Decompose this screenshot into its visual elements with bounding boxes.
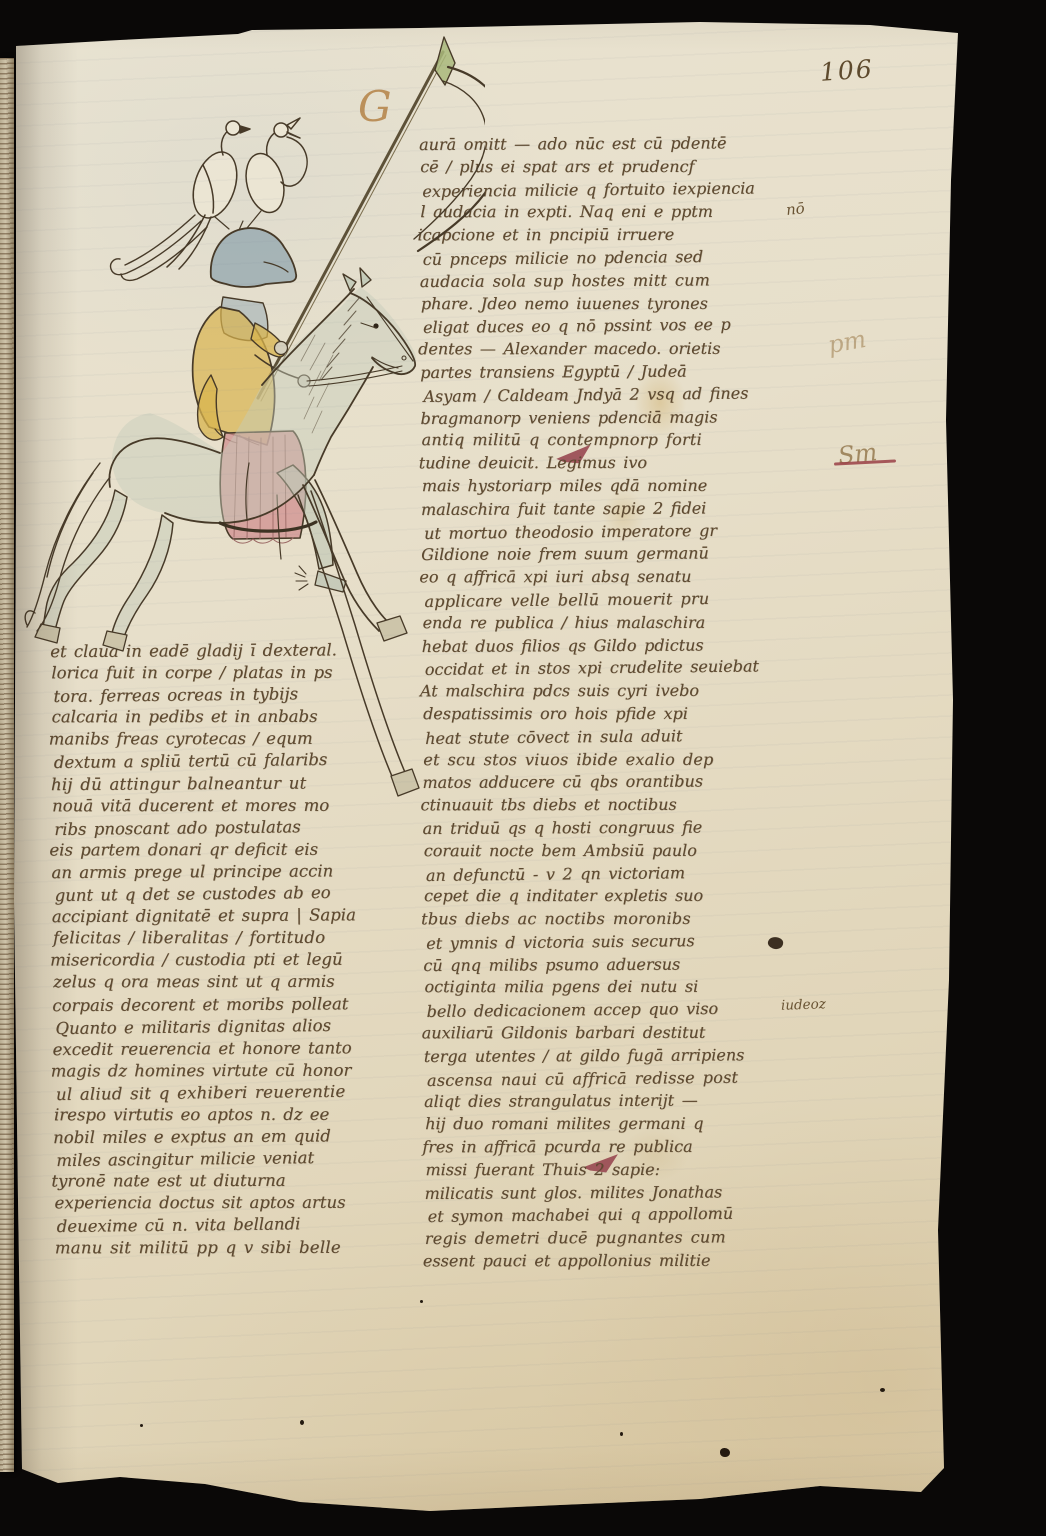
manuscript-line: occidat et in stos xpi crudelite seuieba… [425, 655, 803, 682]
manuscript-line: despatissimis oro hois pfide xpi [423, 703, 801, 726]
manuscript-line: Asyam / Caldeam Jndyā 2 vsq ad fines [423, 382, 801, 409]
manuscript-line: applicare velle bellū mouerit pru [424, 587, 802, 614]
manuscript-line: tora. ferreas ocreas in tybijs [53, 682, 421, 708]
manuscript-line: ut mortuo theodosio imperatore gr [424, 519, 802, 546]
manuscript-line: deuexime cū n. vita bellandi [57, 1212, 425, 1238]
ink-speck [620, 1432, 623, 1436]
initial-letter-g: G [358, 82, 392, 131]
ears [343, 268, 371, 291]
manuscript-line: dextum a spliū tertū cū falaribs [54, 748, 422, 774]
manuscript-line: eo q affricā xpi iuri absq senatu [419, 566, 797, 589]
manuscript-line: hebat duos filios qs Gildo pdictus [422, 634, 800, 659]
rein-hand [298, 375, 310, 387]
manuscript-line: eligat duces eo q nō pssint vos ee p [423, 313, 801, 340]
manuscript-line: an defunctū - v 2 qn victoriam [426, 860, 804, 887]
manuscript-line: et ymnis d victoria suis securus [426, 929, 804, 956]
manuscript-line: Gildione noie frem suum germanū [421, 542, 799, 567]
manuscript-line: l audacia in expti. Naq eni e pptm [420, 201, 798, 224]
falcon-icons [167, 118, 307, 269]
saddle-edge [220, 522, 316, 531]
mane [321, 297, 360, 380]
manuscript-line: cē / plus ei spat ars et prudencf [420, 156, 798, 179]
manuscript-line: malaschira fuit tante sapie 2 fidei [421, 497, 799, 522]
manuscript-line: At malschira pdcs suis cyri ivebo [420, 680, 798, 703]
adjacent-page-edges [0, 58, 14, 1472]
spur [295, 566, 308, 590]
manuscript-line: cū qnq milibs psumo aduersus [423, 953, 801, 978]
manuscript-line: octiginta milia pgens dei nutu si [424, 976, 802, 999]
manuscript-line: magis dz homines virtute cū honor [51, 1059, 419, 1082]
manuscript-line: accipiant dignitatē et supra | Sapia [52, 904, 420, 928]
manuscript-line: antiq militū q contempnorp forti [422, 429, 800, 452]
manuscript-line: enda re publica / hius malaschira [423, 612, 801, 635]
hanging-sleeve [198, 375, 223, 440]
manuscript-line: essent pauci et appollonius militie [423, 1250, 801, 1273]
manuscript-line: manu sit militū pp q v sibi belle [55, 1236, 423, 1259]
leg-armor [277, 465, 333, 569]
manuscript-line: phare. Jdeo nemo iuuenes tyrones [421, 292, 799, 315]
sabaton [315, 571, 346, 592]
manuscript-line: an armis prege ul principe accin [51, 860, 419, 884]
rider [193, 307, 346, 592]
girth [246, 463, 249, 520]
ink-speck [420, 1300, 423, 1303]
manuscript-line: aliqt dies strangulatus interijt — [424, 1089, 802, 1114]
manuscript-line: fres in affricā pcurda re publica [422, 1136, 800, 1159]
spearhead [435, 37, 455, 85]
tail [25, 463, 110, 631]
text-column-right: aurā omitt — ado nūc est cū pdentēcē / p… [419, 132, 803, 1274]
manuscript-line: missi fuerant Thuis 2 sapie: [425, 1159, 803, 1182]
manuscript-line: gunt ut q det se custodes ab eo [55, 881, 423, 907]
manuscript-scan: 106 nō pm Sm iudeoz et claua in eadē gla… [0, 0, 1046, 1536]
manuscript-line: an triduū qs q hosti congruus fie [423, 816, 801, 841]
manuscript-line: auxiliarū Gildonis barbari destitut [422, 1022, 800, 1045]
manuscript-line: irespo virtutis eo aptos n. dz ee [54, 1104, 422, 1127]
ink-speck [300, 1420, 304, 1425]
ink-speck [880, 1388, 885, 1392]
manuscript-line: excedit reuerencia et honore tanto [53, 1037, 421, 1061]
manuscript-line: regis demetri ducē pugnantes cum [425, 1226, 803, 1251]
manuscript-line: manibs freas cyrotecas / equm [49, 728, 417, 751]
reins [307, 366, 402, 386]
manuscript-line: ascensa naui cū affricā redisse post [427, 1066, 805, 1093]
manuscript-line: audacia sola sup hostes mitt cum [420, 269, 798, 294]
manuscript-line: nouā vitā ducerent et mores mo [52, 794, 420, 817]
manuscript-line: icapcione et in pncipiū irruere [418, 224, 796, 247]
skirt [220, 431, 306, 539]
ink-speck [720, 1448, 730, 1457]
manuscript-line: misericordia / custodia pti et legū [50, 949, 418, 972]
helmet [211, 221, 296, 340]
manuscript-line: partes transiens Egyptū / Judeā [420, 360, 798, 385]
manuscript-line: cū pnceps milicie no pdencia sed [423, 245, 801, 272]
hoof [377, 616, 407, 641]
manuscript-line: felicitas / liberalitas / fortitudo [53, 927, 421, 950]
manuscript-line: calcaria in pedibs et in anbabs [52, 706, 420, 729]
manuscript-line: bragmanorp veniens pdenciā magis [420, 406, 798, 431]
manuscript-line: matos adducere cū qbs orantibus [422, 770, 800, 795]
manuscript-line: eis partem donari qr deficit eis [49, 838, 417, 861]
manuscript-line: hij duo romani milites germani q [425, 1113, 803, 1136]
manuscript-line: miles ascingitur milicie veniat [56, 1146, 424, 1172]
gauntlet [275, 342, 288, 355]
belly [165, 475, 314, 523]
manuscript-line: corpais decorent et moribs polleat [52, 992, 420, 1016]
skirt-pleats [234, 435, 286, 539]
manuscript-line: aurā omitt — ado nūc est cū pdentē [419, 132, 797, 157]
manuscript-line: corauit nocte bem Ambsiū paulo [424, 840, 802, 863]
eye [373, 323, 378, 328]
ink-speck [140, 1424, 143, 1427]
manuscript-line: Quanto e militaris dignitas alios [55, 1013, 423, 1039]
manuscript-line: ctinuauit tbs diebs et noctibus [421, 794, 799, 817]
manuscript-line: lorica fuit in corpe / platas in ps [51, 662, 419, 685]
manuscript-line: experiencia doctus sit aptos artus [55, 1192, 423, 1215]
stirrup-strap [277, 495, 281, 559]
body-wash [112, 287, 416, 523]
manuscript-line: et claua in eadē gladij ī dexteral. [50, 639, 418, 663]
hatching [301, 335, 333, 433]
manuscript-line: dentes — Alexander macedo. orietis [418, 338, 796, 361]
aventail [221, 297, 268, 340]
manuscript-page: 106 nō pm Sm iudeoz et claua in eadē gla… [0, 0, 1046, 1536]
manuscript-line: et scu stos viuos ibide exalio dep [423, 748, 801, 771]
back-rump [109, 438, 220, 487]
manuscript-line: bello dedicacionem accep quo viso [427, 997, 805, 1024]
manuscript-line: mais hystoriarp miles qdā nomine [422, 475, 800, 498]
text-column-left: et claua in eadē gladij ī dexteral.loric… [50, 639, 422, 1260]
arm [251, 323, 285, 357]
tunic [193, 307, 275, 445]
manuscript-line: tyronē nate est ut diuturna [51, 1170, 419, 1193]
bridle [361, 297, 413, 368]
manuscript-line: tudine deuicit. Legimus ivo [419, 452, 797, 475]
nostril [402, 356, 406, 360]
manuscript-line: experiencia milicie q fortuito iexpienci… [422, 177, 800, 204]
head-outline [350, 293, 415, 374]
manuscript-line: ribs pnoscant ado postulatas [54, 815, 422, 841]
margin-mark-1: pm [826, 325, 868, 359]
folio-number: 106 [819, 54, 875, 87]
plume-ribbons [111, 215, 207, 280]
manuscript-line: tbus diebs ac noctibs moronibs [421, 908, 799, 931]
manuscript-line: zelus q ora meas sint ut q armis [53, 971, 421, 994]
manuscript-line: et symon machabei qui q appollomū [428, 1202, 806, 1229]
manuscript-line: cepet die q inditater expletis suo [424, 885, 802, 908]
manuscript-line: ul aliud sit q exhiberi reuerentie [56, 1080, 424, 1106]
manuscript-line: heat stute cōvect in sula aduit [425, 724, 803, 751]
manuscript-line: hij dū attingur balneantur ut [51, 771, 419, 795]
manuscript-line: terga utentes / at gildo fugā arripiens [424, 1044, 802, 1069]
margin-mark-2: Sm [837, 438, 879, 470]
